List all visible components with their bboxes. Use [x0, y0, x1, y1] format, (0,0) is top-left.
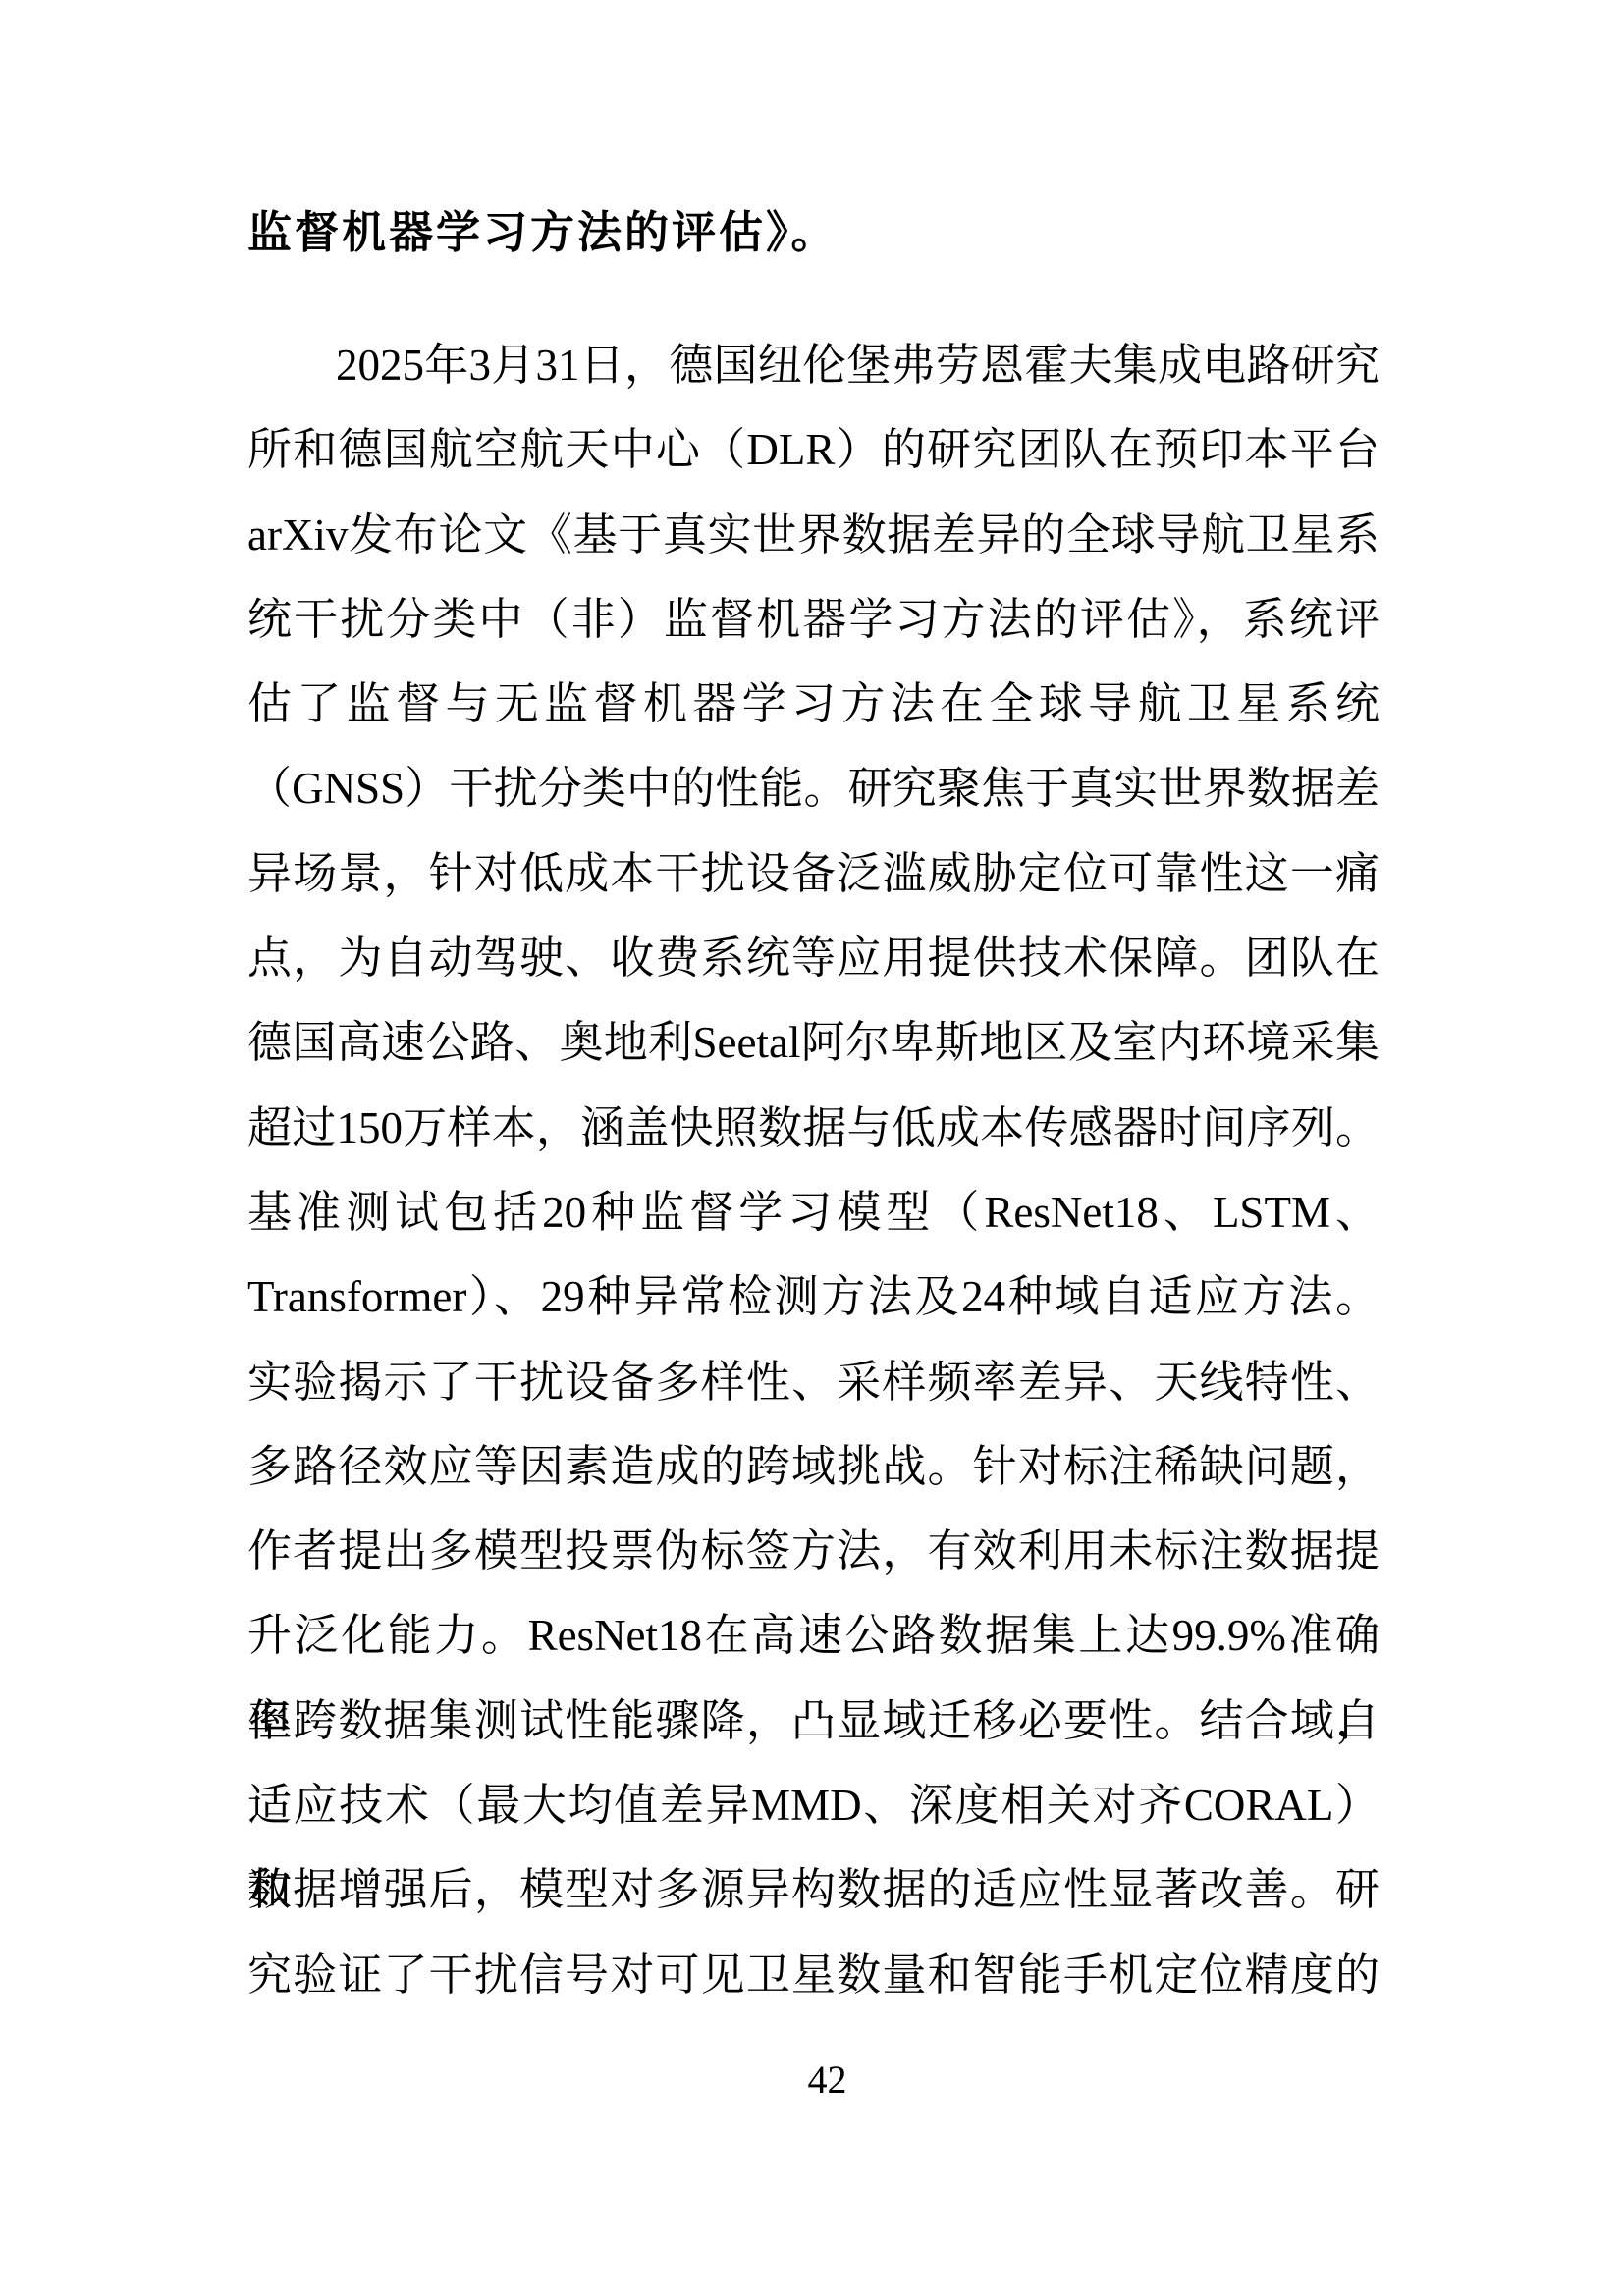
text-line: 超过150万样本，涵盖快照数据与低成本传感器时间序列。 — [247, 1086, 1380, 1170]
text-line: 2025年3月31日，德国纽伦堡弗劳恩霍夫集成电路研究 — [247, 323, 1380, 407]
text-line: （GNSS）干扰分类中的性能。研究聚焦于真实世界数据差 — [247, 746, 1380, 830]
text-line: 基准测试包括20种监督学习模型（ResNet18、LSTM、 — [247, 1170, 1380, 1255]
text-line: 多路径效应等因素造成的跨域挑战。针对标注稀缺问题， — [247, 1424, 1380, 1509]
text-line: 升泛化能力。ResNet18在高速公路数据集上达99.9%准确率， — [247, 1593, 1380, 1678]
text-line: arXiv发布论文《基于真实世界数据差异的全球导航卫星系 — [247, 493, 1380, 577]
text-line: 所和德国航空航天中心（DLR）的研究团队在预印本平台 — [247, 407, 1380, 492]
page-title: 监督机器学习方法的评估》。 — [247, 204, 1380, 261]
text-line: 估了监督与无监督机器学习方法在全球导航卫星系统 — [247, 662, 1380, 746]
text-line: 作者提出多模型投票伪标签方法，有效利用未标注数据提 — [247, 1509, 1380, 1593]
text-line: Transformer）、29种异常检测方法及24种域自适应方法。 — [247, 1255, 1380, 1339]
body-paragraph: 2025年3月31日，德国纽伦堡弗劳恩霍夫集成电路研究 所和德国航空航天中心（D… — [247, 323, 1380, 2017]
text-line: 究验证了干扰信号对可见卫星数量和智能手机定位精度的 — [247, 1933, 1380, 2017]
text-line: 适应技术（最大均值差异MMD、深度相关对齐CORAL）和 — [247, 1763, 1380, 1847]
page-number: 42 — [30, 2056, 1624, 2104]
text-line: 德国高速公路、奥地利Seetal阿尔卑斯地区及室内环境采集 — [247, 1000, 1380, 1085]
text-line: 异场景，针对低成本干扰设备泛滥威胁定位可靠性这一痛 — [247, 831, 1380, 916]
text-line: 数据增强后，模型对多源异构数据的适应性显著改善。研 — [247, 1847, 1380, 1932]
text-line: 统干扰分类中（非）监督机器学习方法的评估》，系统评 — [247, 577, 1380, 662]
text-line: 实验揭示了干扰设备多样性、采样频率差异、天线特性、 — [247, 1340, 1380, 1424]
text-line: 点，为自动驾驶、收费系统等应用提供技术保障。团队在 — [247, 916, 1380, 1000]
document-page: 监督机器学习方法的评估》。 2025年3月31日，德国纽伦堡弗劳恩霍夫集成电路研… — [0, 0, 1624, 2296]
text-line: 但跨数据集测试性能骤降，凸显域迁移必要性。结合域自 — [247, 1679, 1380, 1763]
